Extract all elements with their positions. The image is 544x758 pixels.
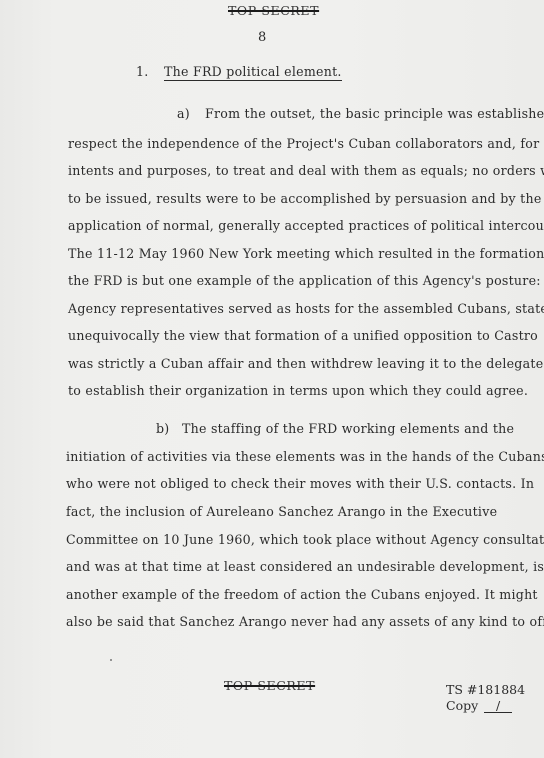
paragraph-a-line: was strictly a Cuban affair and then wit…: [68, 356, 544, 371]
paragraph-b-line: The staffing of the FRD working elements…: [182, 421, 514, 436]
paragraph-b-line: fact, the inclusion of Aureleano Sanchez…: [66, 504, 497, 519]
paragraph-a-line: The 11-12 May 1960 New York meeting whic…: [68, 246, 544, 261]
paragraph-b-line: another example of the freedom of action…: [66, 587, 538, 602]
paragraph-a-line: unequivocally the view that formation of…: [68, 328, 538, 343]
ts-number: TS #181884: [446, 682, 525, 698]
section-title: The FRD political element.: [164, 64, 342, 81]
paragraph-a-label: a): [177, 106, 190, 121]
paragraph-a-line: to be issued, results were to be accompl…: [68, 191, 542, 206]
paragraph-b-line: also be said that Sanchez Arango never h…: [66, 614, 544, 629]
page-number: 8: [258, 30, 266, 45]
document-page: TOP SECRET 8 1. The FRD political elemen…: [0, 0, 544, 758]
paragraph-a-line: From the outset, the basic principle was…: [205, 106, 544, 121]
paragraph-a-line: to establish their organization in terms…: [68, 383, 528, 398]
paragraph-b-line: initiation of activities via these eleme…: [66, 449, 544, 464]
copy-value: /: [484, 700, 512, 713]
paragraph-a-line: Agency representatives served as hosts f…: [68, 301, 544, 316]
paragraph-b-line: who were not obliged to check their move…: [66, 476, 534, 491]
copy-label: Copy: [446, 698, 478, 713]
paragraph-a-line: the FRD is but one example of the applic…: [68, 273, 541, 288]
control-number-block: TS #181884 Copy/: [446, 682, 525, 714]
scan-speck: [110, 659, 112, 661]
paragraph-a-line: respect the independence of the Project'…: [68, 136, 544, 151]
section-number: 1.: [136, 64, 149, 79]
paragraph-a-line: intents and purposes, to treat and deal …: [68, 163, 544, 178]
classification-footer: TOP SECRET: [224, 678, 315, 693]
paragraph-b-label: b): [156, 421, 169, 436]
paragraph-b-line: and was at that time at least considered…: [66, 559, 544, 574]
copy-line: Copy/: [446, 698, 525, 714]
paragraph-a-line: application of normal, generally accepte…: [68, 218, 544, 233]
paragraph-b-line: Committee on 10 June 1960, which took pl…: [66, 532, 544, 547]
classification-header: TOP SECRET: [228, 3, 319, 18]
